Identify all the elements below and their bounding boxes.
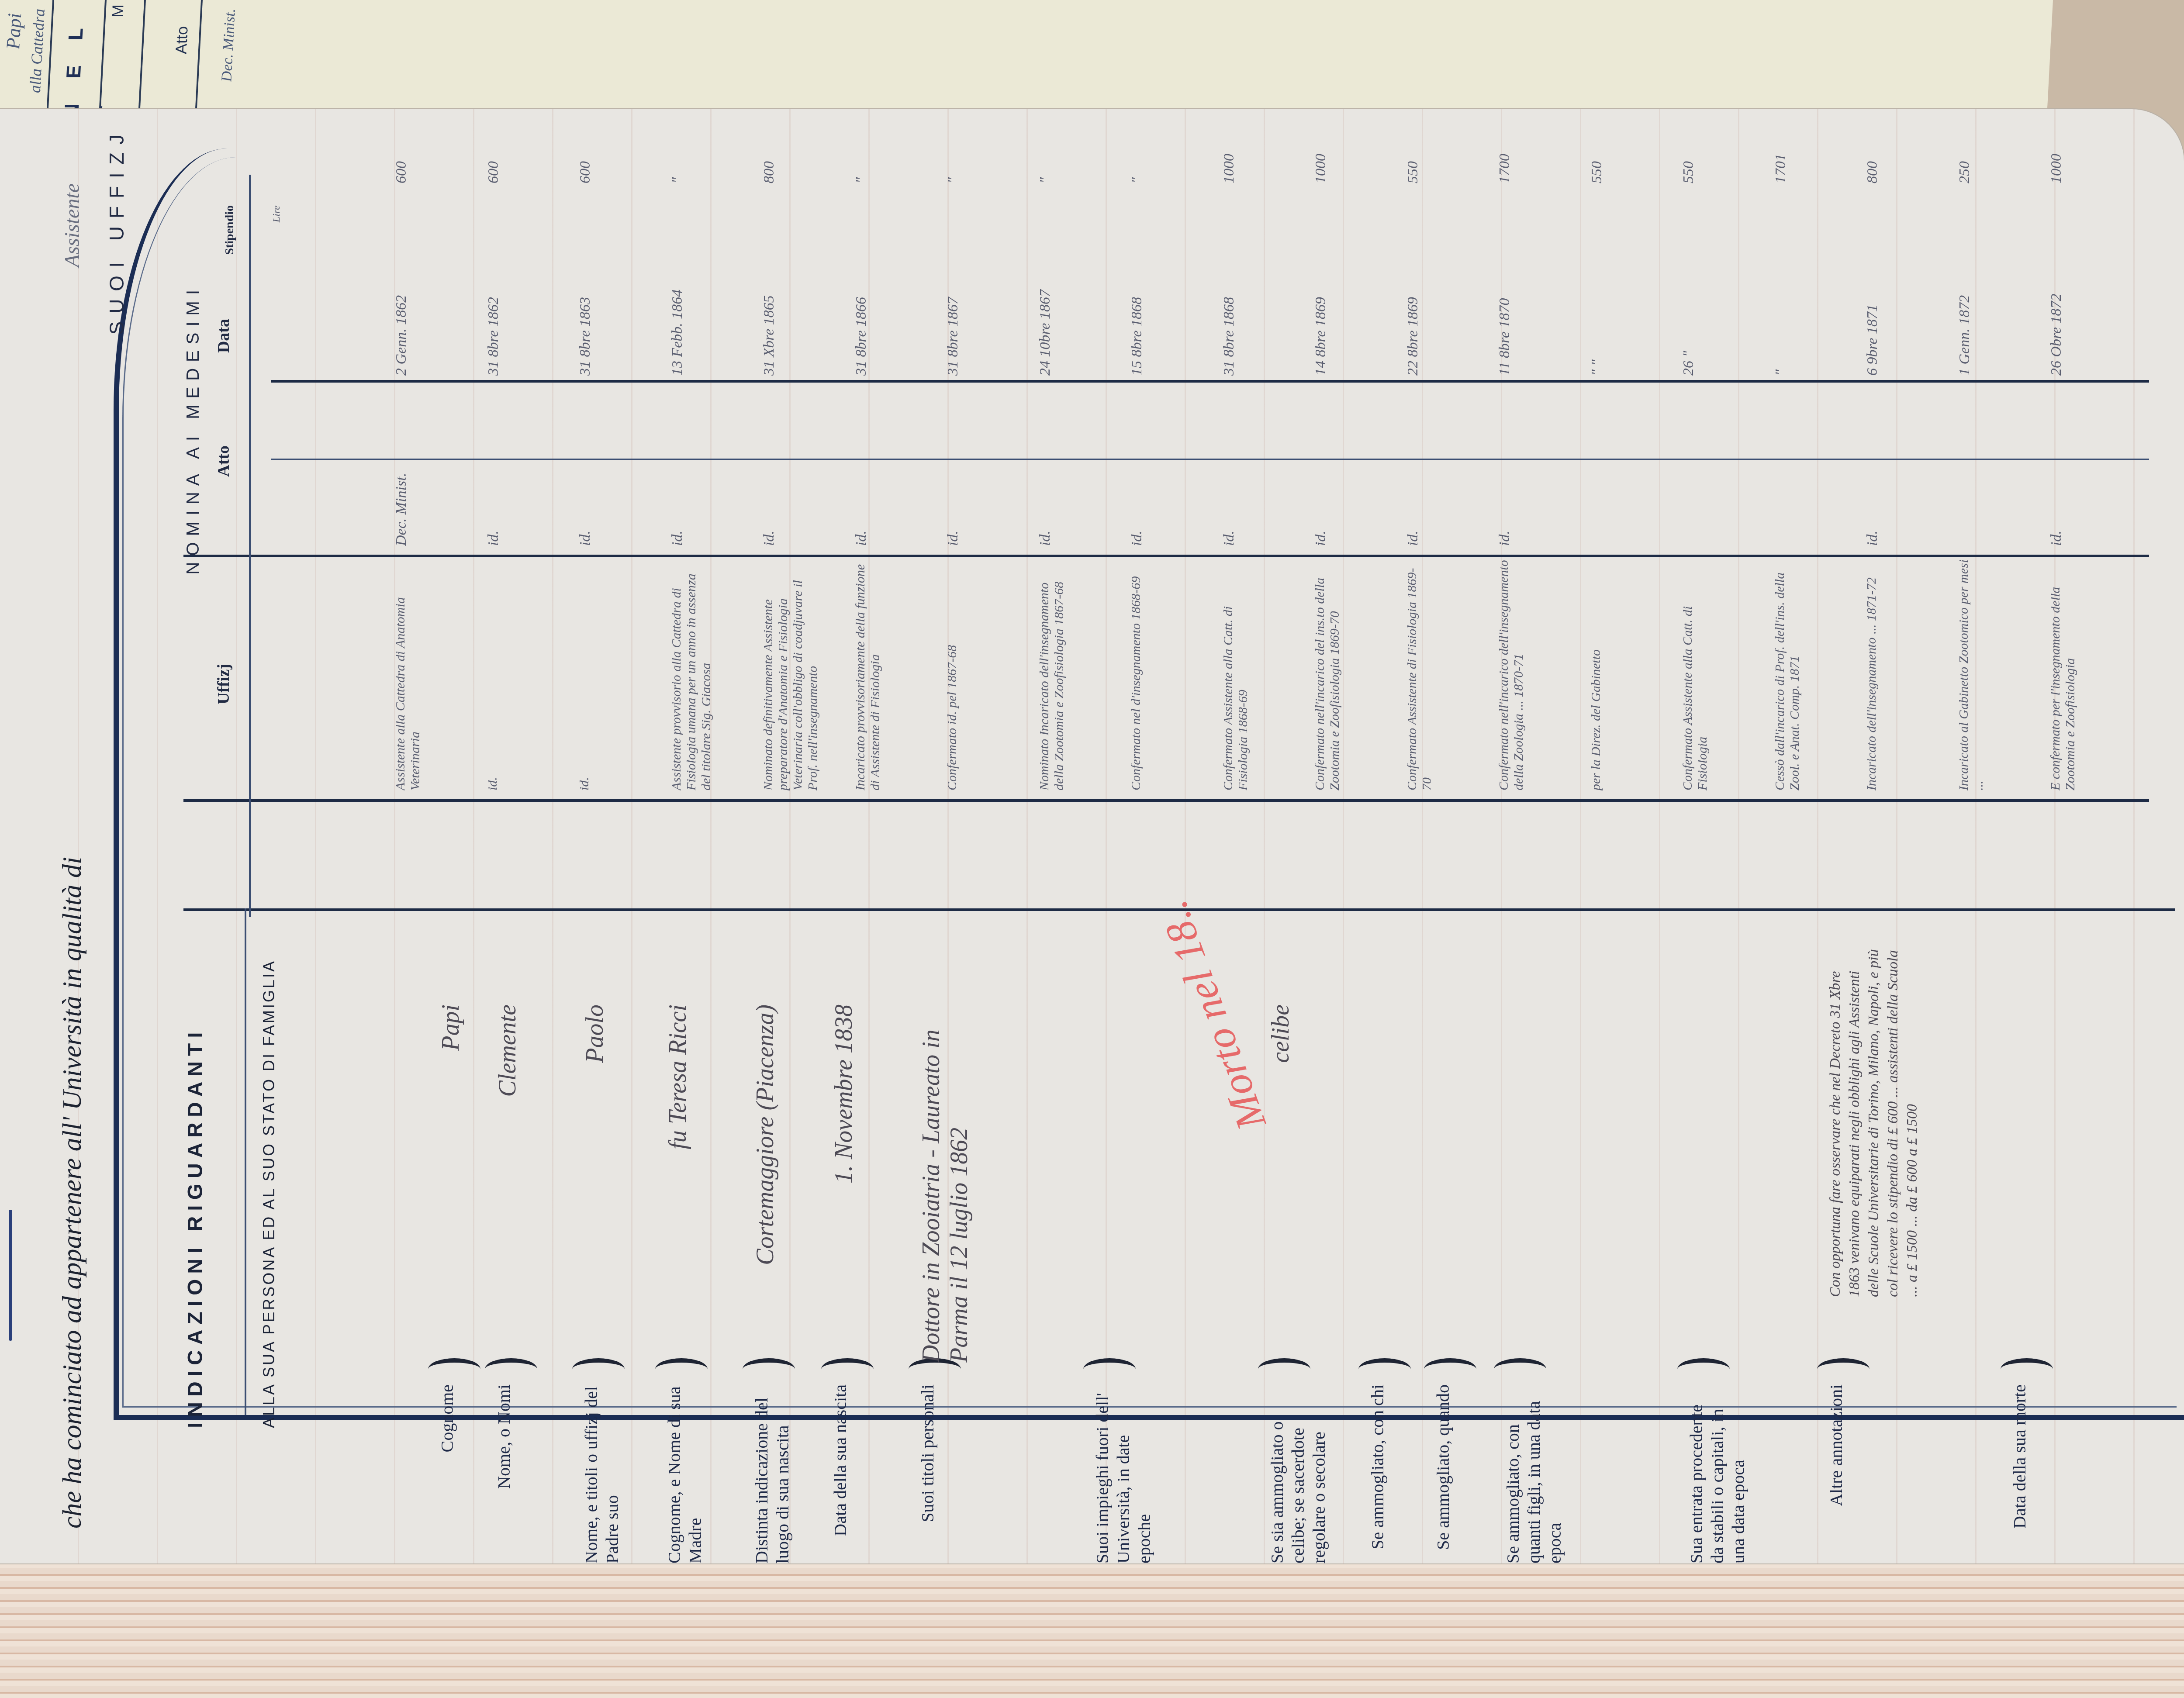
ornament-dash: [9, 1210, 12, 1341]
opposite-entry: Dec. Minist.: [218, 9, 239, 82]
appt-stipendio: 250: [1956, 122, 1973, 183]
field-value: Dottore in Zooiatria - Laureato in Parma…: [917, 1004, 973, 1363]
appt-atto: id.: [761, 389, 778, 546]
appt-atto: id.: [485, 389, 502, 546]
field-label: Se ammogliato, con chi: [1367, 1384, 1388, 1550]
appt-data: 31 8bre 1866: [853, 245, 870, 376]
brace-ornament: [1258, 1358, 1310, 1380]
appt-uffizj: Confermato Assistente alla Catt. di Fisi…: [1221, 559, 1251, 790]
brace-ornament: [821, 1358, 874, 1380]
brace-ornament: [485, 1358, 537, 1380]
brace-ornament: [1083, 1358, 1136, 1380]
appt-stipendio: 1700: [1496, 122, 1513, 183]
appt-uffizj: Assistente provvisorio alla Cattedra di …: [669, 559, 714, 790]
appt-data: 31 8bre 1863: [577, 245, 594, 376]
section-header-indicazioni: INDICAZIONI RIGUARDANTI ALLA SUA PERSONA…: [183, 991, 278, 1428]
appt-stipendio: 600: [485, 122, 502, 183]
field-label: Cognome, e Nome di sua Madre: [664, 1384, 706, 1563]
appt-stipendio: ": [853, 122, 870, 183]
appt-atto: id.: [1129, 389, 1145, 546]
section-title-uffizj: SUOI UFFIZJ: [105, 127, 128, 335]
appt-uffizj: Confermato nel d'insegnamento 1868-69: [1129, 559, 1144, 790]
brace-ornament: [1424, 1358, 1476, 1380]
opposite-header-atto: Atto: [172, 26, 191, 54]
col-header-atto: Atto: [214, 445, 233, 477]
field-label: Se sia ammogliato o celibe; se sacerdote…: [1267, 1384, 1330, 1563]
field-label: Nome, o Nomi: [494, 1384, 515, 1489]
appt-stipendio: 800: [1864, 122, 1881, 183]
brace-ornament: [655, 1358, 708, 1380]
appt-stipendio: 1000: [1221, 122, 1237, 183]
page-stack-edges: [0, 1555, 2184, 1698]
appt-data: 2 Genn. 1862: [393, 245, 410, 376]
appt-stipendio: 1000: [1313, 122, 1329, 183]
appt-atto: id.: [1405, 389, 1421, 546]
field-value: Cortemaggiore (Piacenza): [751, 1004, 779, 1265]
appt-uffizj: Confermato id. pel 1867-68: [945, 559, 960, 790]
appt-atto: id.: [1221, 389, 1237, 546]
appt-atto: id.: [1496, 389, 1513, 546]
appt-uffizj: Confermato nell'incarico del ins.to dell…: [1313, 559, 1342, 790]
opposite-handwritten-note: alla Cattedra: [26, 9, 48, 93]
appt-uffizj: E confermato per l'insegnamento della Zo…: [2048, 559, 2078, 790]
brace-ornament: [743, 1358, 795, 1380]
appt-uffizj: Incaricato dell'insegnamento ... 1871-72: [1864, 559, 1879, 790]
appt-stipendio: 800: [761, 122, 778, 183]
page-caption: che ha cominciato ad appartenere all' Un…: [57, 175, 88, 1529]
brace-ornament: [2001, 1358, 2053, 1380]
field-value: 1. Novembre 1838: [830, 1004, 858, 1184]
field-value: Papi: [437, 1004, 465, 1051]
brace-ornament: [428, 1358, 480, 1380]
col-subheader-lire: Lire: [271, 205, 283, 222]
appt-atto: id.: [853, 389, 870, 546]
appt-data: 31 8bre 1868: [1221, 245, 1237, 376]
col-header-data: Data: [214, 319, 233, 353]
appt-atto: id.: [1313, 389, 1329, 546]
appt-atto: id.: [577, 389, 594, 546]
appt-atto: id.: [945, 389, 961, 546]
appt-atto: id.: [2048, 389, 2065, 546]
appt-atto: id.: [669, 389, 686, 546]
register-page: che ha cominciato ad appartenere all' Un…: [0, 109, 2184, 1563]
appt-atto: id.: [1037, 389, 1054, 546]
appt-data: 13 Febb. 1864: [669, 245, 686, 376]
appt-stipendio: 550: [1405, 122, 1421, 183]
col-header-uffizj: Uffizj: [214, 664, 233, 704]
appt-stipendio: ": [1129, 122, 1145, 183]
appt-data: 26 ": [1680, 245, 1697, 376]
appt-data: 31 Xbre 1865: [761, 245, 778, 376]
section-subtitle-indicazioni: ALLA SUA PERSONA ED AL SUO STATO DI FAMI…: [260, 991, 278, 1428]
appt-uffizj: per la Direz. del Gabinetto: [1589, 559, 1603, 790]
appt-uffizj: Incaricato provvisoriamente della funzio…: [853, 559, 883, 790]
brace-ornament: [1817, 1358, 1870, 1380]
field-value: fu Teresa Ricci: [664, 1004, 692, 1149]
opposite-page: Papi alla Cattedra N E L L M Atto Dec. M…: [0, 0, 2053, 121]
appt-uffizj: Confermato nell'incarico dell'insegnamen…: [1496, 559, 1526, 790]
appt-uffizj: Nominato definitivamente Assistente prep…: [761, 559, 820, 790]
field-label: Data della sua nascita: [830, 1384, 851, 1536]
section-title-indicazioni: INDICAZIONI RIGUARDANTI: [183, 991, 207, 1428]
appt-stipendio: 550: [1680, 122, 1697, 183]
brace-ornament: [1677, 1358, 1730, 1380]
appt-data: " ": [1589, 245, 1605, 376]
appt-data: 26 Obre 1872: [2048, 245, 2065, 376]
field-value: Clemente: [494, 1004, 522, 1097]
appt-data: ": [1773, 245, 1789, 376]
field-label: Sua entrata procedente da stabili o capi…: [1686, 1384, 1749, 1563]
field-value: celibe: [1267, 1004, 1295, 1063]
field-value: Con opportuna fare osservare che nel Dec…: [1826, 939, 1922, 1297]
appt-data: 22 8bre 1869: [1405, 245, 1421, 376]
appt-atto: id.: [1864, 389, 1881, 546]
field-label: Data della sua morte: [2009, 1384, 2030, 1529]
appt-uffizj: Incaricato al Gabinetto Zootomico per me…: [1956, 559, 1986, 790]
field-value: Paolo: [581, 1004, 609, 1063]
brace-ornament: [1358, 1358, 1411, 1380]
appt-data: 15 8bre 1868: [1129, 245, 1145, 376]
field-label: Se ammogliato, quando: [1433, 1384, 1454, 1550]
opposite-header-m: M: [108, 4, 128, 17]
appt-data: 11 8bre 1870: [1496, 245, 1513, 376]
appt-stipendio: ": [1037, 122, 1054, 183]
appt-data: 1 Genn. 1872: [1956, 245, 1973, 376]
appt-data: 31 8bre 1867: [945, 245, 961, 376]
appt-uffizj: Cessò dall'incarico di Prof. dell'ins. d…: [1773, 559, 1802, 790]
appt-uffizj: Nominato Incaricato dell'insegnamento de…: [1037, 559, 1067, 790]
appt-stipendio: 600: [577, 122, 594, 183]
caption-printed: che ha cominciato ad appartenere all' Un…: [57, 857, 88, 1529]
field-label: Suoi titoli personali: [917, 1384, 938, 1522]
appt-stipendio: 550: [1589, 122, 1605, 183]
field-label: Distinta indicazione del luogo di sua na…: [751, 1384, 793, 1563]
field-label: Nome, e titoli o uffizj del Padre suo: [581, 1384, 623, 1563]
col-header-stipendio: Stipendio: [223, 205, 237, 255]
appt-stipendio: 1701: [1773, 122, 1789, 183]
section-subtitle-nomina: NOMINA AI MEDESIMI: [183, 284, 203, 574]
field-label: Cognome: [437, 1384, 458, 1453]
brace-ornament: [1494, 1358, 1546, 1380]
appt-stipendio: ": [669, 122, 686, 183]
brace-ornament: [572, 1358, 625, 1380]
field-label: Altre annotazioni: [1826, 1384, 1847, 1506]
field-label: Suoi impieghi fuori dell' Università, in…: [1092, 1384, 1155, 1563]
appt-uffizj: id.: [577, 559, 592, 790]
appt-stipendio: 1000: [2048, 122, 2065, 183]
appt-uffizj: Assistente alla Cattedra di Anatomia Vet…: [393, 559, 423, 790]
opposite-handwritten-name: Papi: [2, 13, 26, 49]
appt-atto: Dec. Minist.: [393, 389, 410, 546]
appt-data: 14 8bre 1869: [1313, 245, 1329, 376]
appt-uffizj: Confermato Assistente di Fisiologia 1869…: [1405, 559, 1434, 790]
appt-data: 31 8bre 1862: [485, 245, 502, 376]
appt-stipendio: ": [945, 122, 961, 183]
appt-stipendio: 600: [393, 122, 410, 183]
appt-data: 6 9bre 1871: [1864, 245, 1881, 376]
appt-data: 24 10bre 1867: [1037, 245, 1054, 376]
appt-uffizj: Confermato Assistente alla Catt. di Fisi…: [1680, 559, 1710, 790]
field-label: Se ammogliato, con quanti figli, in una …: [1503, 1384, 1565, 1563]
appt-uffizj: id.: [485, 559, 500, 790]
caption-handwritten: Assistente: [60, 183, 84, 267]
